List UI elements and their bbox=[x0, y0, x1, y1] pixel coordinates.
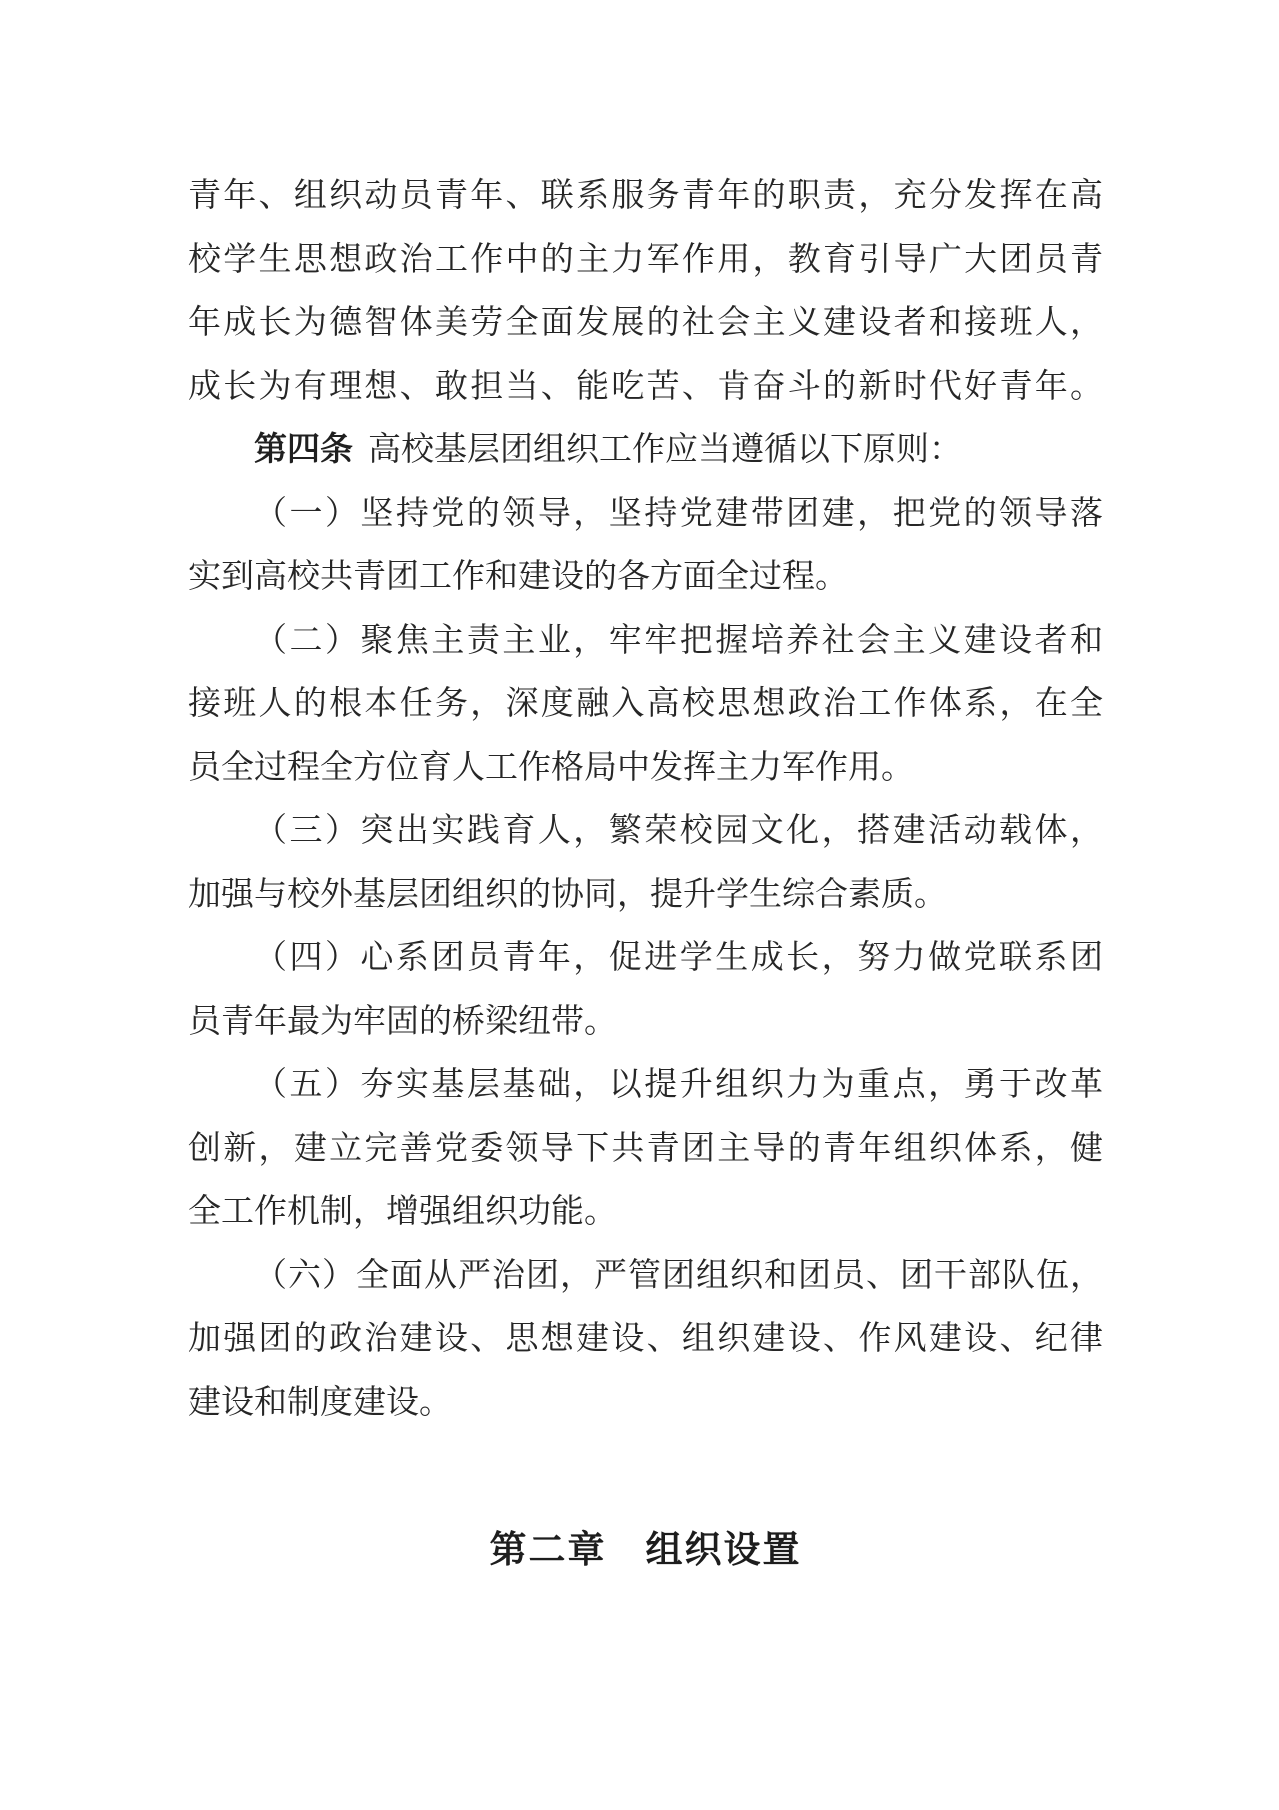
document-line: （三）突出实践育人，繁荣校园文化，搭建活动载体， bbox=[188, 800, 1103, 864]
article-number: 第四条 bbox=[254, 432, 353, 468]
document-line: 创新，建立完善党委领导下共青团主导的青年组织体系，健 bbox=[188, 1118, 1103, 1182]
document-line: （二）聚焦主责主业，牢牢把握培养社会主义建设者和 bbox=[188, 610, 1103, 674]
document-line: 第四条高校基层团组织工作应当遵循以下原则： bbox=[188, 419, 1103, 483]
document-line: （六）全面从严治团，严管团组织和团员、团干部队伍， bbox=[188, 1245, 1103, 1309]
document-line: 加强团的政治建设、思想建设、组织建设、作风建设、纪律 bbox=[188, 1308, 1103, 1372]
document-line: 全工作机制，增强组织功能。 bbox=[188, 1181, 1103, 1245]
document-line: （四）心系团员青年，促进学生成长，努力做党联系团 bbox=[188, 927, 1103, 991]
document-line: 员全过程全方位育人工作格局中发挥主力军作用。 bbox=[188, 737, 1103, 801]
document-line: 建设和制度建设。 bbox=[188, 1372, 1103, 1436]
document-line: 加强与校外基层团组织的协同，提升学生综合素质。 bbox=[188, 864, 1103, 928]
document-line: 员青年最为牢固的桥梁纽带。 bbox=[188, 991, 1103, 1055]
document-page: 青年、组织动员青年、联系服务青年的职责，充分发挥在高校学生思想政治工作中的主力军… bbox=[0, 0, 1279, 1810]
document-line: 校学生思想政治工作中的主力军作用，教育引导广大团员青 bbox=[188, 229, 1103, 293]
document-line: 青年、组织动员青年、联系服务青年的职责，充分发挥在高 bbox=[188, 165, 1103, 229]
document-line: （五）夯实基层基础，以提升组织力为重点，勇于改革 bbox=[188, 1054, 1103, 1118]
document-line: 实到高校共青团工作和建设的各方面全过程。 bbox=[188, 546, 1103, 610]
document-body: 青年、组织动员青年、联系服务青年的职责，充分发挥在高校学生思想政治工作中的主力军… bbox=[188, 165, 1103, 1435]
document-line: （一）坚持党的领导，坚持党建带团建，把党的领导落 bbox=[188, 483, 1103, 547]
chapter-heading: 第二章 组织设置 bbox=[188, 1518, 1103, 1582]
document-line: 接班人的根本任务，深度融入高校思想政治工作体系，在全 bbox=[188, 673, 1103, 737]
document-line: 成长为有理想、敢担当、能吃苦、肯奋斗的新时代好青年。 bbox=[188, 356, 1103, 420]
document-line: 年成长为德智体美劳全面发展的社会主义建设者和接班人， bbox=[188, 292, 1103, 356]
